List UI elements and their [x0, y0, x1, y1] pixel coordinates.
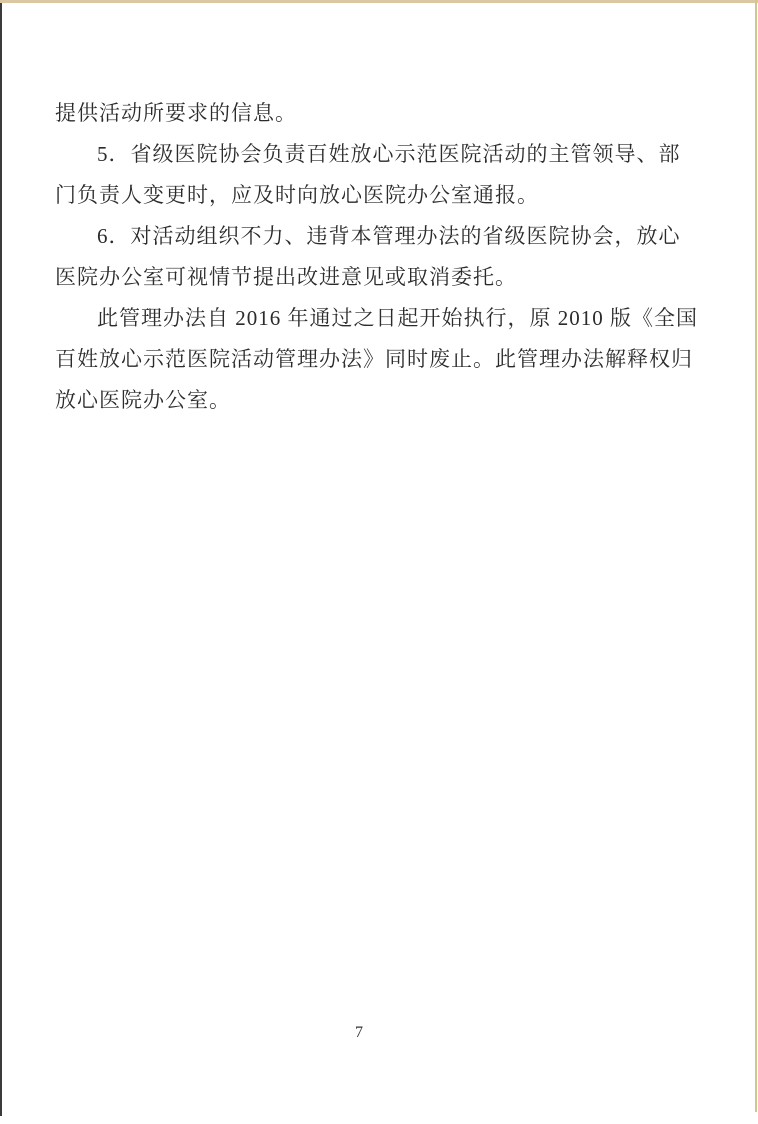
- text-line-4: 6．对活动组织不力、违背本管理办法的省级医院协会，放心: [55, 216, 715, 257]
- text-line-1: 提供活动所要求的信息。: [55, 93, 715, 134]
- text-block: 提供活动所要求的信息。 5．省级医院协会负责百姓放心示范医院活动的主管领导、部 …: [55, 93, 715, 421]
- page-border-left: [0, 3, 2, 1116]
- text-line-7: 百姓放心示范医院活动管理办法》同时废止。此管理办法解释权归: [55, 339, 715, 380]
- document-page: 提供活动所要求的信息。 5．省级医院协会负责百姓放心示范医院活动的主管领导、部 …: [0, 0, 758, 1124]
- text-line-5: 医院办公室可视情节提出改进意见或取消委托。: [55, 257, 715, 298]
- page-border-top: [0, 0, 758, 3]
- page-border-right: [755, 0, 757, 1112]
- text-line-6: 此管理办法自 2016 年通过之日起开始执行，原 2010 版《全国: [55, 298, 715, 339]
- text-line-2: 5．省级医院协会负责百姓放心示范医院活动的主管领导、部: [55, 134, 715, 175]
- text-line-8: 放心医院办公室。: [55, 380, 715, 421]
- page-number: 7: [337, 1022, 381, 1044]
- text-line-3: 门负责人变更时，应及时向放心医院办公室通报。: [55, 175, 715, 216]
